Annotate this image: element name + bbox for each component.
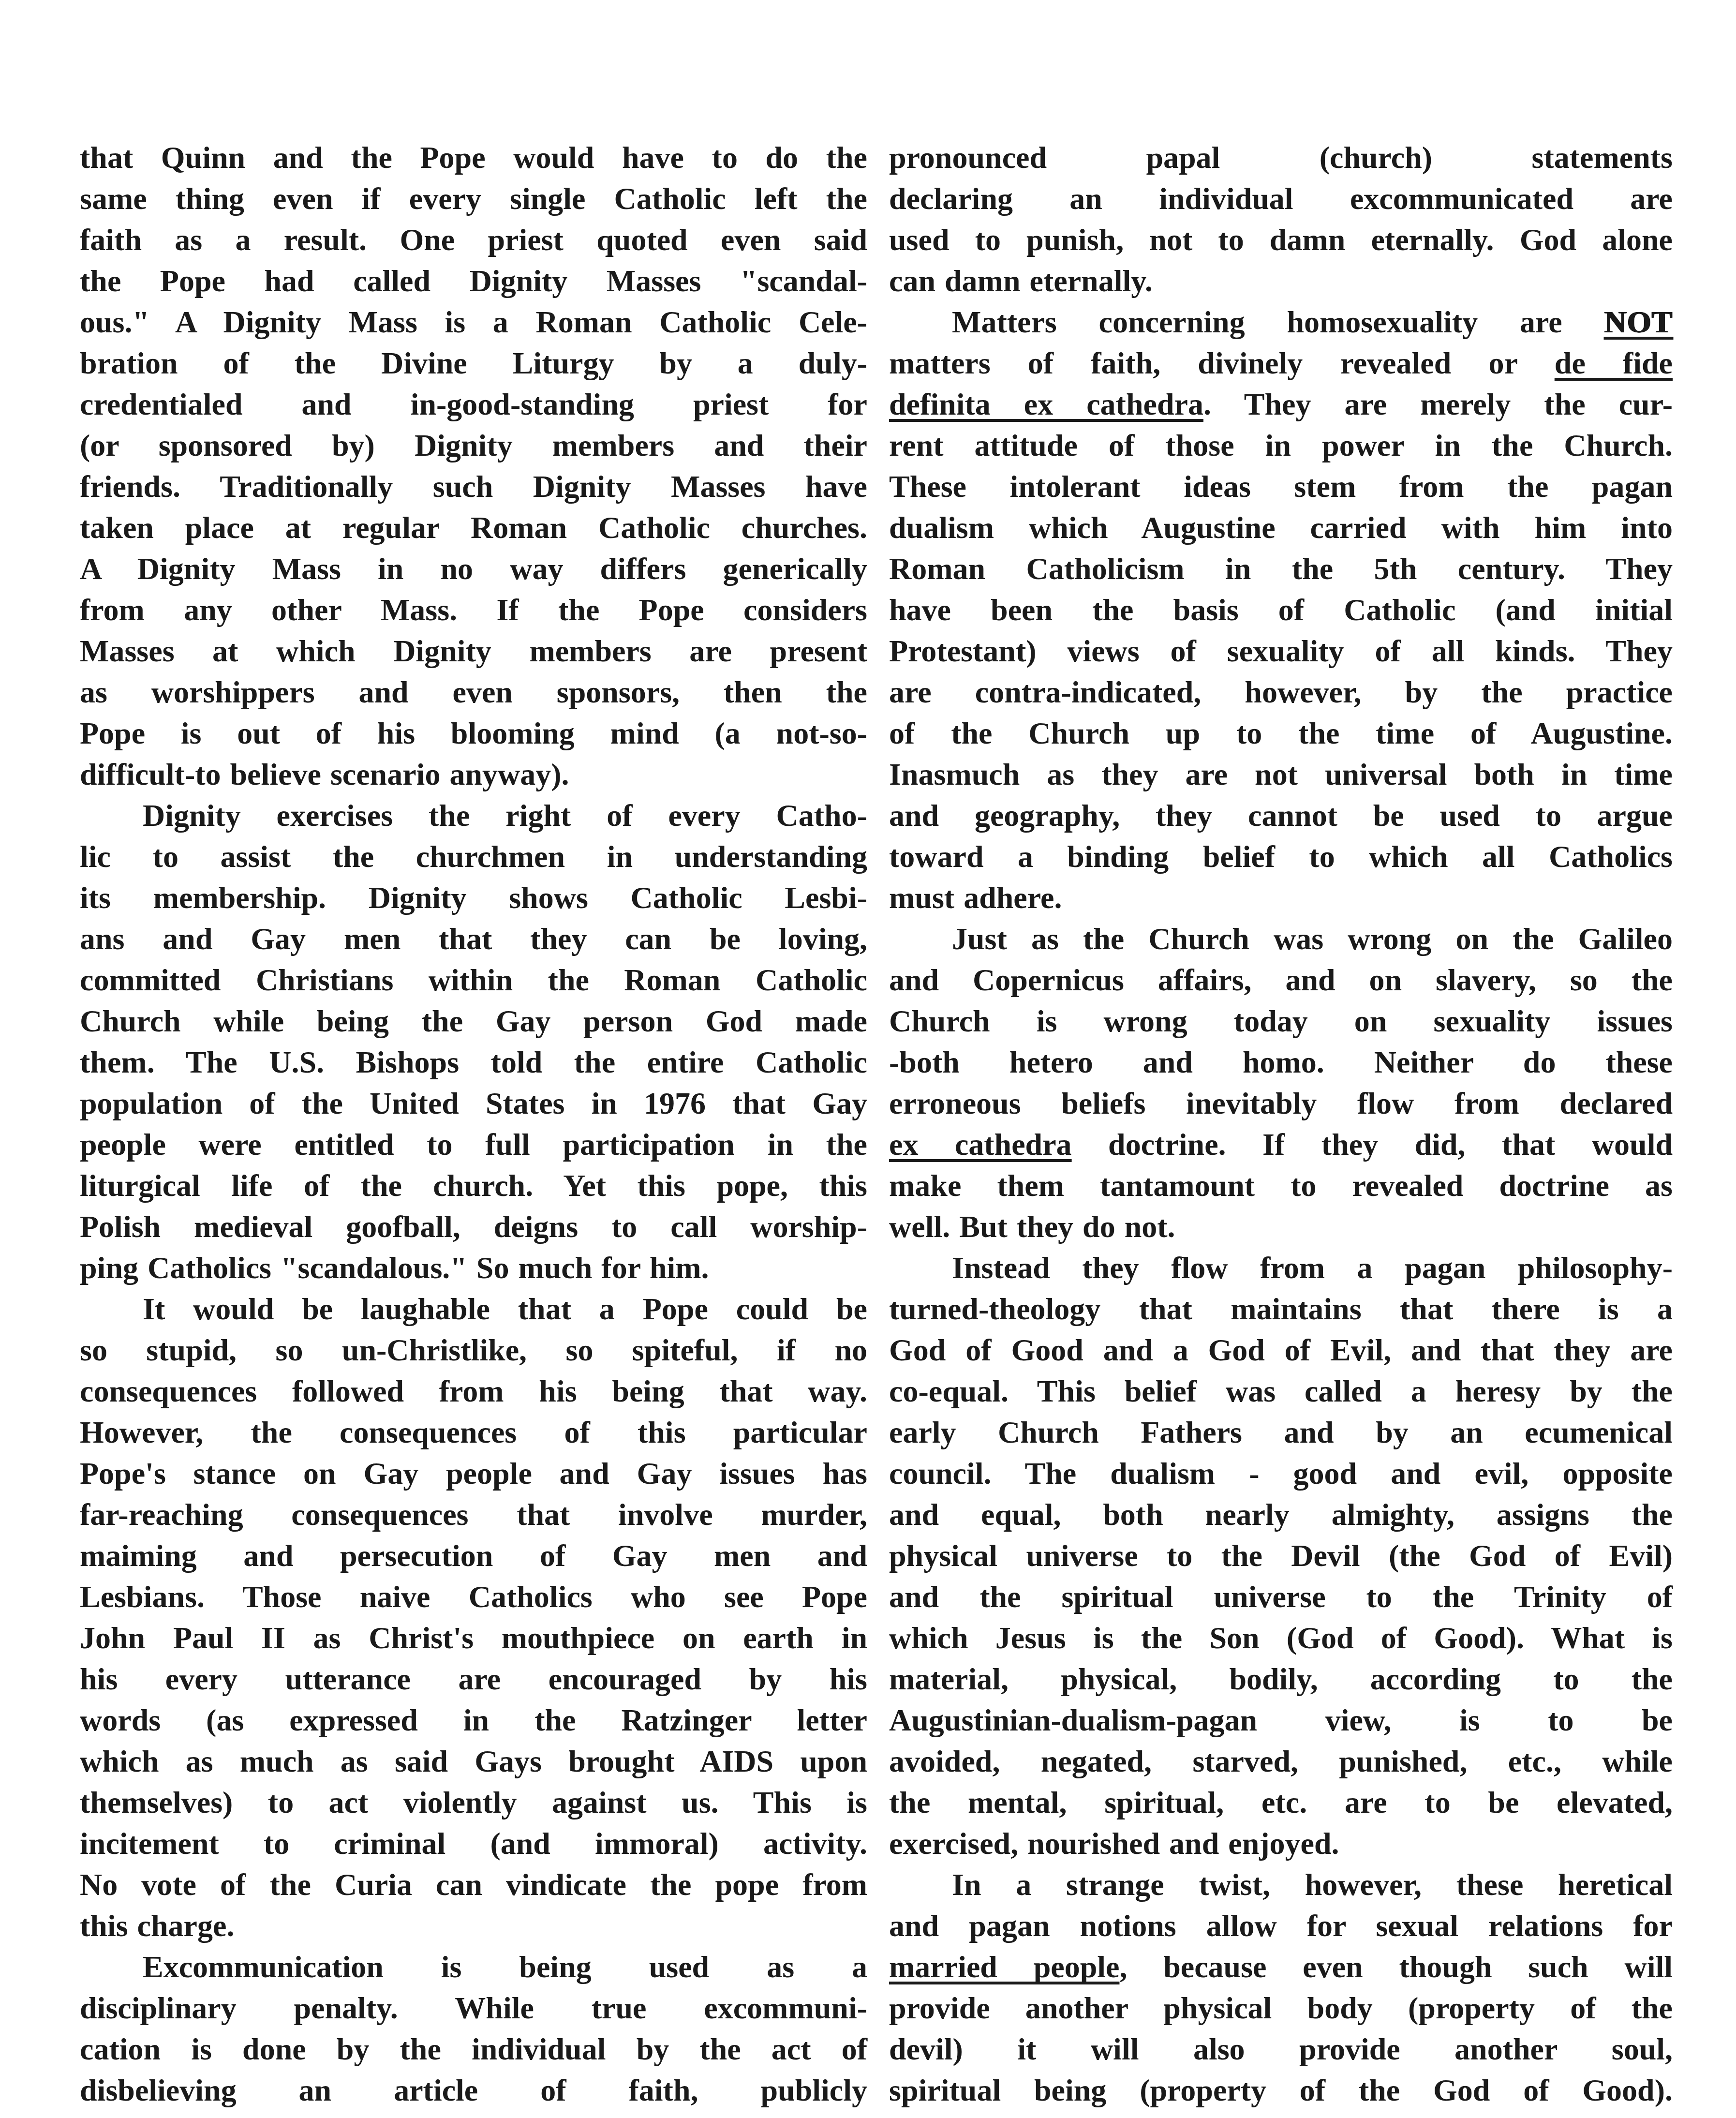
text-segment: Instead they flow from a pagan philosoph… [952,1251,1673,1285]
text-segment: Inasmuch as they are not universal both … [889,757,1673,791]
text-line: provide another physical body (property … [889,1987,1673,2029]
text-line: credentialed and in-good-standing priest… [80,384,867,425]
text-line: lic to assist the churchmen in understan… [80,836,867,877]
text-segment: pronounced papal (church) statements [889,140,1673,175]
text-line: (or sponsored by) Dignity members and th… [80,425,867,466]
text-segment: words (as expressed in the Ratzinger let… [80,1703,867,1737]
text-line: married people, because even though such… [889,1946,1673,1987]
text-line: the Pope had called Dignity Masses "scan… [80,260,867,301]
text-segment: However, the consequences of this partic… [80,1415,867,1449]
text-line: of the Church up to the time of Augustin… [889,713,1673,754]
text-segment: used to punish, not to damn eternally. G… [889,223,1673,257]
text-line: same thing even if every single Catholic… [80,178,867,219]
text-line: so stupid, so un-Christlike, so spiteful… [80,1329,867,1371]
text-segment: disbelieving an article of faith, public… [80,2073,867,2107]
text-line: definita ex cathedra. They are merely th… [889,384,1673,425]
text-line: In a strange twist, however, these heret… [889,1864,1673,1905]
text-line: matters of faith, divinely revealed or d… [889,343,1673,384]
text-segment: population of the United States in 1976 … [80,1086,867,1120]
text-line: its membership. Dignity shows Catholic L… [80,877,867,918]
text-line: well. But they do not. [889,1206,1673,1247]
text-line: Matters concerning homosexuality are NOT [889,301,1673,343]
text-segment: that Quinn and the Pope would have to do… [80,140,867,175]
text-segment: which as much as said Gays brought AIDS … [80,1744,867,1778]
text-segment: its membership. Dignity shows Catholic L… [80,880,867,915]
text-segment: so stupid, so un-Christlike, so spiteful… [80,1333,867,1367]
text-segment: liturgical life of the church. Yet this … [80,1168,867,1203]
emphasized-text: married people [889,1950,1119,1984]
text-segment: In a strange twist, however, these heret… [952,1867,1673,1902]
text-line: disciplinary penalty. While true excommu… [80,1987,867,2029]
text-segment: (or sponsored by) Dignity members and th… [80,428,867,462]
text-line: Polish medieval goofball, deigns to call… [80,1206,867,1247]
text-segment: John Paul II as Christ's mouthpiece on e… [80,1621,867,1655]
text-segment: turned-theology that maintains that ther… [889,1292,1673,1326]
text-line: which Jesus is the Son (God of Good). Wh… [889,1617,1673,1658]
text-line: have been the basis of Catholic (and ini… [889,589,1673,630]
text-segment: Lesbians. Those naive Catholics who see … [80,1580,867,1614]
text-line: disbelieving an article of faith, public… [80,2070,867,2111]
text-line: and geography, they cannot be used to ar… [889,795,1673,836]
text-line: pronounced papal (church) statements [889,137,1673,178]
text-segment: declaring an individual excommunicated a… [889,181,1673,216]
text-segment: Church is wrong today on sexuality issue… [889,1004,1673,1038]
text-line: people were entitled to full participati… [80,1124,867,1165]
text-segment: bration of the Divine Liturgy by a duly- [80,346,867,380]
text-line: cation is done by the individual by the … [80,2029,867,2070]
text-segment: Matters concerning homosexuality are [952,305,1604,339]
text-segment: Dignity exercises the right of every Cat… [143,798,867,833]
text-segment: spiritual being (property of the God of … [889,2073,1673,2107]
text-line: them. The U.S. Bishops told the entire C… [80,1042,867,1083]
text-line: and pagan notions allow for sexual relat… [889,1905,1673,1946]
text-line: are contra-indicated, however, by the pr… [889,671,1673,713]
text-line: make them tantamount to revealed doctrin… [889,1165,1673,1206]
text-segment: council. The dualism - good and evil, op… [889,1456,1673,1491]
text-line: ex cathedra doctrine. If they did, that … [889,1124,1673,1165]
text-line: the mental, spiritual, etc. are to be el… [889,1782,1673,1823]
text-segment: physical universe to the Devil (the God … [889,1538,1673,1573]
text-segment: friends. Traditionally such Dignity Mass… [80,469,867,504]
text-segment: people were entitled to full participati… [80,1127,867,1162]
text-line: Inasmuch as they are not universal both … [889,754,1673,795]
text-line: ans and Gay men that they can be loving, [80,918,867,959]
text-segment: These intolerant ideas stem from the pag… [889,469,1673,504]
text-line: which as much as said Gays brought AIDS … [80,1741,867,1782]
text-line: erroneous beliefs inevitably flow from d… [889,1083,1673,1124]
text-line: his every utterance are encouraged by hi… [80,1658,867,1700]
text-line: Dignity exercises the right of every Cat… [80,795,867,836]
text-segment: his every utterance are encouraged by hi… [80,1662,867,1696]
text-line: from any other Mass. If the Pope conside… [80,589,867,630]
text-line: and Copernicus affairs, and on slavery, … [889,959,1673,1000]
text-line: Augustinian-dualism-pagan view, is to be [889,1700,1673,1741]
text-line: Church while being the Gay person God ma… [80,1000,867,1042]
text-line: John Paul II as Christ's mouthpiece on e… [80,1617,867,1658]
text-line: declaring an individual excommunicated a… [889,178,1673,219]
text-segment: and Copernicus affairs, and on slavery, … [889,963,1673,997]
text-line: Excommunication is being used as a [80,1946,867,1987]
text-segment: consequences followed from his being tha… [80,1374,867,1408]
text-line: rent attitude of those in power in the C… [889,425,1673,466]
text-segment: them. The U.S. Bishops told the entire C… [80,1045,867,1079]
text-segment: and pagan notions allow for sexual relat… [889,1909,1673,1943]
text-segment: make them tantamount to revealed doctrin… [889,1168,1673,1203]
text-segment: exercised, nourished and enjoyed. [889,1826,1339,1861]
text-segment: and equal, both nearly almighty, assigns… [889,1497,1673,1532]
text-line: Protestant) views of sexuality of all ki… [889,630,1673,671]
text-segment: provide another physical body (property … [889,1991,1673,2025]
text-segment: doctrine. If they did, that would [1072,1127,1673,1162]
text-line: material, physical, bodily, according to… [889,1658,1673,1700]
text-segment: the Pope had called Dignity Masses "scan… [80,264,867,298]
text-segment: Polish medieval goofball, deigns to call… [80,1209,867,1244]
text-segment: Protestant) views of sexuality of all ki… [889,634,1673,668]
text-line: taken place at regular Roman Catholic ch… [80,507,867,548]
text-line: Lesbians. Those naive Catholics who see … [80,1576,867,1617]
emphasized-text: NOT [1604,305,1673,339]
text-segment: which Jesus is the Son (God of Good). Wh… [889,1621,1673,1655]
text-line: council. The dualism - good and evil, op… [889,1453,1673,1494]
text-segment: dualism which Augustine carried with him… [889,510,1673,545]
text-line: consequences followed from his being tha… [80,1371,867,1412]
text-line: Just as the Church was wrong on the Gali… [889,918,1673,959]
text-line: committed Christians within the Roman Ca… [80,959,867,1000]
text-line: Masses at which Dignity members are pres… [80,630,867,671]
text-segment: far-reaching consequences that involve m… [80,1497,867,1532]
text-segment: Church while being the Gay person God ma… [80,1004,867,1038]
text-segment: cation is done by the individual by the … [80,2032,867,2066]
text-segment: Just as the Church was wrong on the Gali… [952,922,1673,956]
text-segment: of the Church up to the time of Augustin… [889,716,1673,750]
text-line: devil) it will also provide another soul… [889,2029,1673,2070]
text-line: liturgical life of the church. Yet this … [80,1165,867,1206]
text-segment: taken place at regular Roman Catholic ch… [80,510,867,545]
text-segment: can damn eternally. [889,264,1153,298]
text-segment: this charge. [80,1909,234,1943]
text-segment: God of Good and a God of Evil, and that … [889,1333,1673,1367]
text-segment: have been the basis of Catholic (and ini… [889,593,1673,627]
text-line: ping Catholics "scandalous." So much for… [80,1247,867,1288]
text-segment: . They are merely the cur- [1203,387,1673,421]
text-line: as worshippers and even sponsors, then t… [80,671,867,713]
text-segment: well. But they do not. [889,1209,1175,1244]
text-line: dualism which Augustine carried with him… [889,507,1673,548]
text-line: toward a binding belief to which all Cat… [889,836,1673,877]
text-segment: Excommunication is being used as a [143,1950,867,1984]
text-segment: incitement to criminal (and immoral) act… [80,1826,867,1861]
text-line: that Quinn and the Pope would have to do… [80,137,867,178]
text-segment: co-equal. This belief was called a heres… [889,1374,1673,1408]
text-line: exercised, nourished and enjoyed. [889,1823,1673,1864]
text-segment: and geography, they cannot be used to ar… [889,798,1673,833]
text-segment: matters of faith, divinely revealed or [889,346,1555,380]
text-line: physical universe to the Devil (the God … [889,1535,1673,1576]
text-segment: No vote of the Curia can vindicate the p… [80,1867,867,1902]
text-line: bration of the Divine Liturgy by a duly- [80,343,867,384]
text-line: Pope is out of his blooming mind (a not-… [80,713,867,754]
text-segment: lic to assist the churchmen in understan… [80,839,867,874]
text-line: far-reaching consequences that involve m… [80,1494,867,1535]
text-segment: toward a binding belief to which all Cat… [889,839,1673,874]
text-line: difficult-to believe scenario anyway). [80,754,867,795]
text-line: can damn eternally. [889,260,1673,301]
text-line: incitement to criminal (and immoral) act… [80,1823,867,1864]
text-segment: , because even though such will [1119,1950,1673,1984]
text-line: faith as a result. One priest quoted eve… [80,219,867,260]
text-segment: A Dignity Mass in no way differs generic… [80,552,867,586]
text-line: must adhere. [889,877,1673,918]
text-segment: devil) it will also provide another soul… [889,2032,1673,2066]
text-line: and the spiritual universe to the Trinit… [889,1576,1673,1617]
emphasized-text: definita ex cathedra [889,387,1203,421]
text-segment: Roman Catholicism in the 5th century. Th… [889,552,1673,586]
text-segment: rent attitude of those in power in the C… [889,428,1673,462]
document-page: that Quinn and the Pope would have to do… [0,0,1736,2118]
text-line: A Dignity Mass in no way differs generic… [80,548,867,589]
text-line: maiming and persecution of Gay men and [80,1535,867,1576]
text-line: friends. Traditionally such Dignity Mass… [80,466,867,507]
emphasized-text: ex cathedra [889,1127,1072,1162]
text-line: ous." A Dignity Mass is a Roman Catholic… [80,301,867,343]
text-line: It would be laughable that a Pope could … [80,1288,867,1329]
text-segment: must adhere. [889,880,1062,915]
text-segment: ous." A Dignity Mass is a Roman Catholic… [80,305,867,339]
text-line: Pope's stance on Gay people and Gay issu… [80,1453,867,1494]
text-line: Church is wrong today on sexuality issue… [889,1000,1673,1042]
text-segment: as worshippers and even sponsors, then t… [80,675,867,709]
text-segment: Pope's stance on Gay people and Gay issu… [80,1456,867,1491]
text-segment: themselves) to act violently against us.… [80,1785,867,1820]
text-line: used to punish, not to damn eternally. G… [889,219,1673,260]
text-line: These intolerant ideas stem from the pag… [889,466,1673,507]
text-line: God of Good and a God of Evil, and that … [889,1329,1673,1371]
text-segment: Augustinian-dualism-pagan view, is to be [889,1703,1673,1737]
text-segment: early Church Fathers and by an ecumenica… [889,1415,1673,1449]
text-segment: ping Catholics "scandalous." So much for… [80,1251,709,1285]
emphasized-text: de fide [1555,346,1673,380]
text-segment: maiming and persecution of Gay men and [80,1538,867,1573]
text-segment: erroneous beliefs inevitably flow from d… [889,1086,1673,1120]
text-line: However, the consequences of this partic… [80,1412,867,1453]
text-line: co-equal. This belief was called a heres… [889,1371,1673,1412]
text-segment: difficult-to believe scenario anyway). [80,757,569,791]
text-segment: the mental, spiritual, etc. are to be el… [889,1785,1673,1820]
text-segment: credentialed and in-good-standing priest… [80,387,867,421]
text-line: spiritual being (property of the God of … [889,2070,1673,2111]
text-line: avoided, negated, starved, punished, etc… [889,1741,1673,1782]
left-column: that Quinn and the Pope would have to do… [80,137,867,2111]
text-segment: material, physical, bodily, according to… [889,1662,1673,1696]
text-segment: Masses at which Dignity members are pres… [80,634,867,668]
text-segment: It would be laughable that a Pope could … [143,1292,867,1326]
text-segment: and the spiritual universe to the Trinit… [889,1580,1673,1614]
text-line: Roman Catholicism in the 5th century. Th… [889,548,1673,589]
text-line: population of the United States in 1976 … [80,1083,867,1124]
text-segment: Pope is out of his blooming mind (a not-… [80,716,867,750]
text-segment: from any other Mass. If the Pope conside… [80,593,867,627]
right-column: pronounced papal (church) statementsdecl… [889,137,1673,2111]
text-segment: avoided, negated, starved, punished, etc… [889,1744,1673,1778]
text-segment: faith as a result. One priest quoted eve… [80,223,867,257]
text-line: No vote of the Curia can vindicate the p… [80,1864,867,1905]
text-line: words (as expressed in the Ratzinger let… [80,1700,867,1741]
text-line: this charge. [80,1905,867,1946]
text-segment: same thing even if every single Catholic… [80,181,867,216]
text-line: early Church Fathers and by an ecumenica… [889,1412,1673,1453]
text-line: themselves) to act violently against us.… [80,1782,867,1823]
text-line: turned-theology that maintains that ther… [889,1288,1673,1329]
text-segment: are contra-indicated, however, by the pr… [889,675,1673,709]
text-line: -both hetero and homo. Neither do these [889,1042,1673,1083]
text-segment: -both hetero and homo. Neither do these [889,1045,1673,1079]
text-segment: committed Christians within the Roman Ca… [80,963,867,997]
text-line: Instead they flow from a pagan philosoph… [889,1247,1673,1288]
text-segment: disciplinary penalty. While true excommu… [80,1991,867,2025]
text-segment: ans and Gay men that they can be loving, [80,922,867,956]
text-line: and equal, both nearly almighty, assigns… [889,1494,1673,1535]
